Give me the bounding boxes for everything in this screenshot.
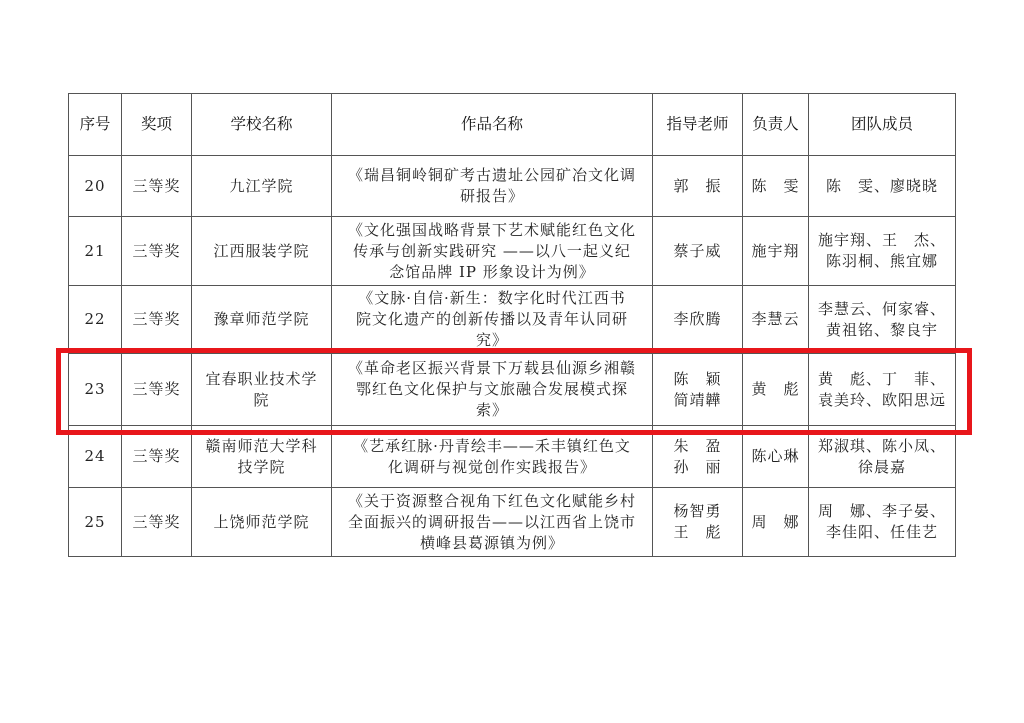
school-line: 九江学院 [198, 176, 325, 197]
cell-no: 23 [69, 354, 122, 426]
work-line: 念馆品牌 IP 形象设计为例》 [338, 262, 646, 283]
header-school: 学校名称 [192, 94, 332, 156]
cell-work: 《瑞昌铜岭铜矿考古遗址公园矿冶文化调 研报告》 [332, 156, 653, 217]
cell-advisor: 蔡子威 [653, 217, 743, 286]
cell-school: 上饶师范学院 [192, 488, 332, 557]
work-line: 究》 [338, 330, 646, 351]
advisor-line: 李欣腾 [659, 309, 736, 330]
header-advisor: 指导老师 [653, 94, 743, 156]
work-line: 院文化遗产的创新传播以及青年认同研 [338, 309, 646, 330]
cell-work: 《艺承红脉·丹青绘丰——禾丰镇红色文 化调研与视觉创作实践报告》 [332, 426, 653, 488]
table-row: 22 三等奖 豫章师范学院 《文脉·自信·新生：数字化时代江西书 院文化遗产的创… [69, 286, 956, 354]
table-row: 25 三等奖 上饶师范学院 《关于资源整合视角下红色文化赋能乡村 全面振兴的调研… [69, 488, 956, 557]
cell-no: 20 [69, 156, 122, 217]
table-row: 21 三等奖 江西服装学院 《文化强国战略背景下艺术赋能红色文化 传承与创新实践… [69, 217, 956, 286]
cell-work: 《文化强国战略背景下艺术赋能红色文化 传承与创新实践研究 ——以八一起义纪 念馆… [332, 217, 653, 286]
team-line: 徐晨嘉 [815, 457, 949, 478]
cell-award: 三等奖 [122, 217, 192, 286]
cell-award: 三等奖 [122, 488, 192, 557]
header-work: 作品名称 [332, 94, 653, 156]
cell-leader: 李慧云 [743, 286, 809, 354]
work-line: 《艺承红脉·丹青绘丰——禾丰镇红色文 [338, 436, 646, 457]
cell-leader: 黄 彪 [743, 354, 809, 426]
cell-school: 宜春职业技术学 院 [192, 354, 332, 426]
work-line: 研报告》 [338, 186, 646, 207]
school-line: 上饶师范学院 [198, 512, 325, 533]
cell-leader: 陈心琳 [743, 426, 809, 488]
table-header-row: 序号 奖项 学校名称 作品名称 指导老师 负责人 团队成员 [69, 94, 956, 156]
cell-leader: 周 娜 [743, 488, 809, 557]
team-line: 周 娜、李子晏、 [815, 501, 949, 522]
cell-advisor: 杨智勇 王 彪 [653, 488, 743, 557]
work-line: 《文化强国战略背景下艺术赋能红色文化 [338, 220, 646, 241]
advisor-line: 简靖韡 [659, 390, 736, 411]
team-line: 施宇翔、王 杰、 [815, 230, 949, 251]
header-award: 奖项 [122, 94, 192, 156]
cell-team: 李慧云、何家睿、 黄祖铭、黎良宇 [809, 286, 956, 354]
cell-no: 22 [69, 286, 122, 354]
cell-team: 施宇翔、王 杰、 陈羽桐、熊宜娜 [809, 217, 956, 286]
cell-team: 周 娜、李子晏、 李佳阳、任佳艺 [809, 488, 956, 557]
cell-leader: 施宇翔 [743, 217, 809, 286]
cell-work: 《文脉·自信·新生：数字化时代江西书 院文化遗产的创新传播以及青年认同研 究》 [332, 286, 653, 354]
cell-advisor: 陈 颖 简靖韡 [653, 354, 743, 426]
advisor-line: 蔡子威 [659, 241, 736, 262]
advisor-line: 朱 盈 [659, 436, 736, 457]
advisor-line: 杨智勇 [659, 501, 736, 522]
school-line: 宜春职业技术学 [198, 369, 325, 390]
work-line: 全面振兴的调研报告——以江西省上饶市 [338, 512, 646, 533]
work-line: 《文脉·自信·新生：数字化时代江西书 [338, 288, 646, 309]
advisor-line: 孙 丽 [659, 457, 736, 478]
work-line: 《革命老区振兴背景下万载县仙源乡湘赣 [338, 358, 646, 379]
header-leader: 负责人 [743, 94, 809, 156]
table-row-highlighted: 23 三等奖 宜春职业技术学 院 《革命老区振兴背景下万载县仙源乡湘赣 鄂红色文… [69, 354, 956, 426]
school-line: 豫章师范学院 [198, 309, 325, 330]
work-line: 横峰县葛源镇为例》 [338, 533, 646, 554]
work-line: 《瑞昌铜岭铜矿考古遗址公园矿冶文化调 [338, 165, 646, 186]
cell-no: 25 [69, 488, 122, 557]
cell-award: 三等奖 [122, 426, 192, 488]
cell-award: 三等奖 [122, 354, 192, 426]
work-line: 索》 [338, 400, 646, 421]
advisor-line: 陈 颖 [659, 369, 736, 390]
work-line: 传承与创新实践研究 ——以八一起义纪 [338, 241, 646, 262]
work-line: 化调研与视觉创作实践报告》 [338, 457, 646, 478]
cell-work: 《关于资源整合视角下红色文化赋能乡村 全面振兴的调研报告——以江西省上饶市 横峰… [332, 488, 653, 557]
cell-school: 江西服装学院 [192, 217, 332, 286]
school-line: 技学院 [198, 457, 325, 478]
cell-team: 陈 雯、廖晓晓 [809, 156, 956, 217]
school-line: 赣南师范大学科 [198, 436, 325, 457]
cell-award: 三等奖 [122, 286, 192, 354]
team-line: 袁美玲、欧阳思远 [815, 390, 949, 411]
header-team: 团队成员 [809, 94, 956, 156]
header-no: 序号 [69, 94, 122, 156]
cell-advisor: 朱 盈 孙 丽 [653, 426, 743, 488]
cell-school: 赣南师范大学科 技学院 [192, 426, 332, 488]
awards-table: 序号 奖项 学校名称 作品名称 指导老师 负责人 团队成员 20 三等奖 九江学… [68, 93, 956, 557]
cell-no: 21 [69, 217, 122, 286]
team-line: 陈 雯、廖晓晓 [815, 176, 949, 197]
school-line: 江西服装学院 [198, 241, 325, 262]
cell-team: 郑淑琪、陈小凤、 徐晨嘉 [809, 426, 956, 488]
table-row: 24 三等奖 赣南师范大学科 技学院 《艺承红脉·丹青绘丰——禾丰镇红色文 化调… [69, 426, 956, 488]
table-row: 20 三等奖 九江学院 《瑞昌铜岭铜矿考古遗址公园矿冶文化调 研报告》 郭 振 … [69, 156, 956, 217]
school-line: 院 [198, 390, 325, 411]
cell-work: 《革命老区振兴背景下万载县仙源乡湘赣 鄂红色文化保护与文旅融合发展模式探 索》 [332, 354, 653, 426]
cell-leader: 陈 雯 [743, 156, 809, 217]
team-line: 郑淑琪、陈小凤、 [815, 436, 949, 457]
cell-advisor: 李欣腾 [653, 286, 743, 354]
cell-advisor: 郭 振 [653, 156, 743, 217]
advisor-line: 郭 振 [659, 176, 736, 197]
cell-no: 24 [69, 426, 122, 488]
cell-team: 黄 彪、丁 菲、 袁美玲、欧阳思远 [809, 354, 956, 426]
work-line: 鄂红色文化保护与文旅融合发展模式探 [338, 379, 646, 400]
team-line: 李佳阳、任佳艺 [815, 522, 949, 543]
team-line: 陈羽桐、熊宜娜 [815, 251, 949, 272]
team-line: 李慧云、何家睿、 [815, 299, 949, 320]
cell-school: 九江学院 [192, 156, 332, 217]
cell-school: 豫章师范学院 [192, 286, 332, 354]
work-line: 《关于资源整合视角下红色文化赋能乡村 [338, 491, 646, 512]
cell-award: 三等奖 [122, 156, 192, 217]
advisor-line: 王 彪 [659, 522, 736, 543]
team-line: 黄 彪、丁 菲、 [815, 369, 949, 390]
team-line: 黄祖铭、黎良宇 [815, 320, 949, 341]
